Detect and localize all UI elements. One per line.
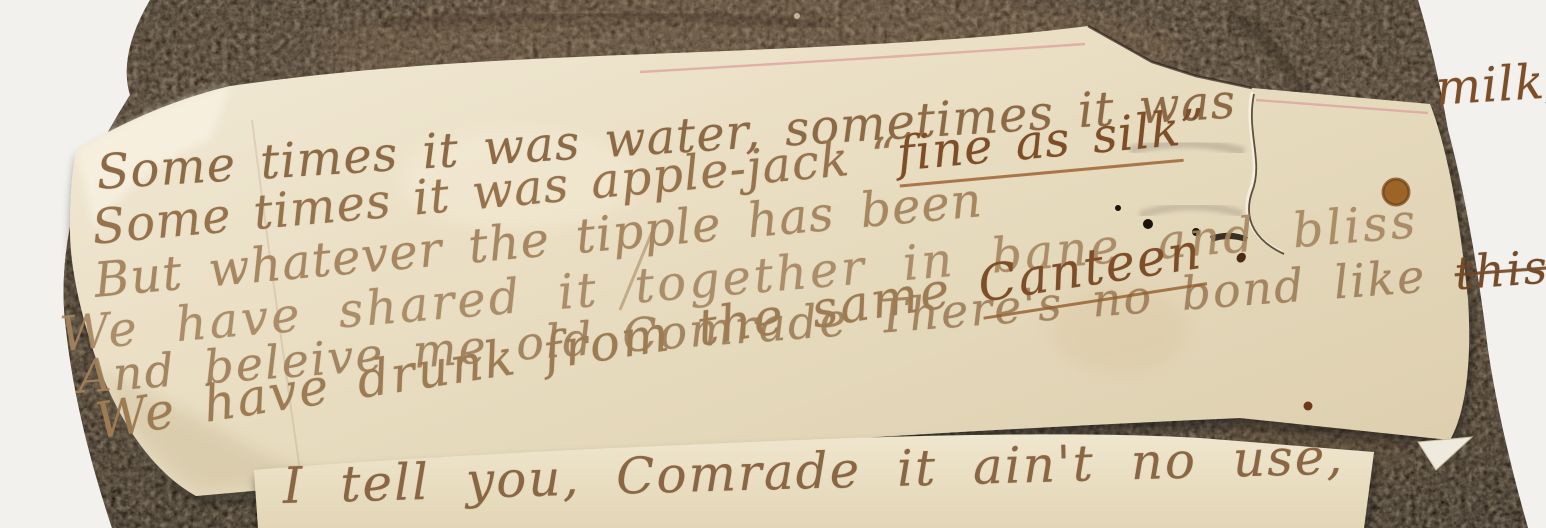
background-art <box>0 0 1546 528</box>
stain-dot <box>1304 402 1313 411</box>
photo-scene: Some times it was water, sometimes it wa… <box>0 0 1546 528</box>
leather-speck <box>794 13 800 19</box>
